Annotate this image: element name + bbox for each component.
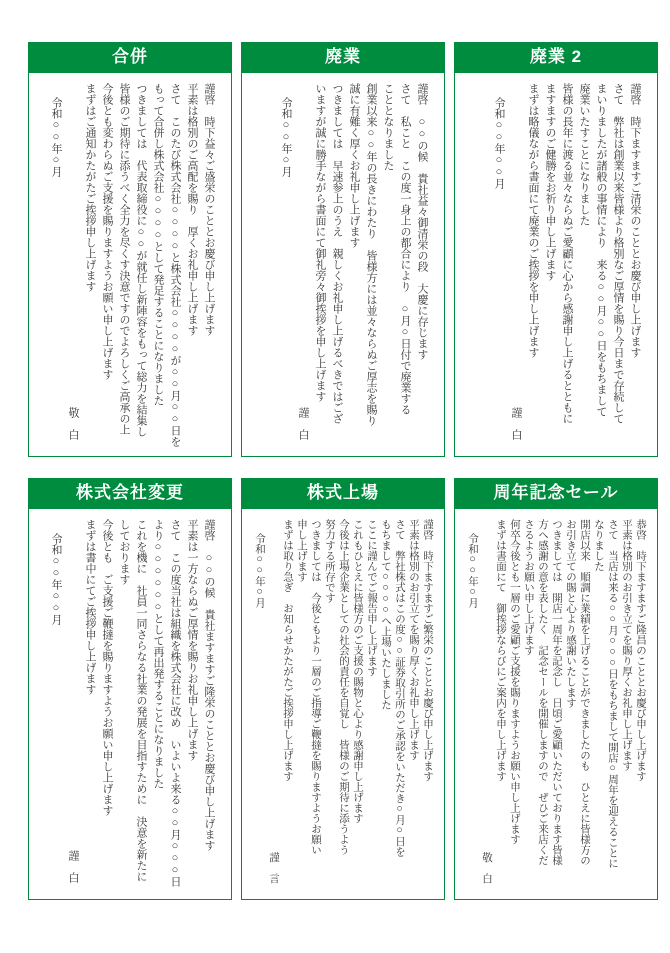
signature: 謹 白 [64,519,81,895]
date-line: 令和○○年○月 [47,83,64,452]
letter-body: 謹啓 時下ますますご繁栄のこととお慶び申し上げます平素は格別のお引立てを賜り厚く… [241,508,445,900]
letter-paragraph: ますますのご健勝をお祈り申し上げます [541,83,558,452]
letter-paragraph: もって合併し株式会社○○○○として発足することになりました [149,83,166,452]
card-title: 株式会社変更 [28,478,232,508]
letter-body: 恭啓 時下ますますご隆昌のこととお慶び申し上げます平素は格別のお引き立てを賜り厚… [454,508,658,900]
letter-paragraph: つきましては 早速参上のうえ 親しくお礼申し上げるべきではござ [328,83,345,452]
card-title: 廃業 [241,42,445,72]
card-title: 廃業 2 [454,42,658,72]
letter-paragraph: ここに謹んでご報告申し上げます [364,519,378,895]
letter-paragraph: いますが誠に勝手ながら書面にて御礼旁々御挨拶を申し上げます [311,83,328,452]
document-page: 合併 謹啓 時下益々ご盛栄のこととお慶び申し上げます平素は格別のご高配を賜り 厚… [0,0,670,953]
template-card-closure-2: 廃業 2 謹啓 時下ますますご清栄のこととお慶び申し上げますさて 弊社は創業以来… [454,42,658,457]
letter-paragraph: まずはご通知かたがたご挨拶申し上げます [81,83,98,452]
template-card-anniversary-sale: 周年記念セール 恭啓 時下ますますご隆昌のこととお慶び申し上げます平素は格別のお… [454,478,658,900]
letter-paragraph: 謹啓 ○○の候 貴社益々御清栄の段 大慶に存じます [413,83,430,452]
card-title: 合併 [28,42,232,72]
letter-paragraph: つきましては 開店一周年を記念し 日頃ご愛顧いただいております皆様 [549,519,563,895]
letter-paragraph: 皆様の長年に渡る並々ならぬご愛顧に心から感謝申し上げるとともに [558,83,575,452]
letter-paragraph: 今後は上場企業としての社会的責任を自覚し 皆様のご期待に添うよう [336,519,350,895]
letter-paragraph: 誠に有難く厚くお礼申し上げます [345,83,362,452]
letter-paragraph: さて このたび株式会社○○○○と株式会社○○○○が○○月○○日を [166,83,183,452]
letter-paragraph: 平素は格別のご高配を賜り 厚くお礼申し上げます [183,83,200,452]
letter-paragraph: 平素は格別のお引き立てを賜り厚くお礼申し上げます [619,519,633,895]
letter-paragraph: さて 弊社は創業以来皆様より格別なご厚情を賜り今日まで存続して [609,83,626,452]
letter-body: 謹啓 ○○の候 貴社益々御清栄の段 大慶に存じますさて 私こと この度一身上の都… [241,72,445,457]
signature: 敬 白 [64,83,81,452]
date-line: 令和○○年○月 [465,519,479,895]
letter-paragraph: つきましては 今後ともより一層のご指導ご鞭撻を賜りますようお願い [308,519,322,895]
letter-body: 謹啓 時下益々ご盛栄のこととお慶び申し上げます平素は格別のご高配を賜り 厚くお礼… [28,72,232,457]
letter-body: 謹啓 時下ますますご清栄のこととお慶び申し上げますさて 弊社は創業以来皆様より格… [454,72,658,457]
letter-paragraph: 開店以来 順調に業績を上げることができましたのも ひとえに皆様方の [577,519,591,895]
letter-paragraph: 皆様のご期待に添うべく全力を尽くす決意ですのでよろしくご高承の上 [115,83,132,452]
date-line: 令和○○年○月 [252,519,266,895]
letter-paragraph: さて この度当社は組織を株式会社に改め いよいよ来る○○月○○○日 [166,519,183,895]
letter-paragraph: まずは書面にて 御挨拶ならびにご案内を申し上げます [493,519,507,895]
letter-paragraph: 謹啓 時下益々ご盛栄のこととお慶び申し上げます [200,83,217,452]
letter-paragraph: 謹啓 時下ますますご繁栄のこととお慶び申し上げます [420,519,434,895]
letter-paragraph: まずは取り急ぎ お知らせかたがたご挨拶申し上げます [280,519,294,895]
letter-paragraph: 創業以来○○年の長きにわたり 皆様方には並々ならぬご厚志を賜り [362,83,379,452]
signature: 謹 白 [294,83,311,452]
letter-paragraph: 努力する所存です [322,519,336,895]
letter-paragraph: これを機に 社員一同さらなる社業の発展を目指すために 決意を新たに [132,519,149,895]
letter-body: 謹啓 ○○の候 貴社ますますご隆栄のこととお慶び申し上げます平素は一方ならぬご厚… [28,508,232,900]
letter-paragraph: お引き立ての賜と心より感謝いたします [563,519,577,895]
letter-paragraph: 謹啓 ○○の候 貴社ますますご隆栄のこととお慶び申し上げます [200,519,217,895]
letter-paragraph: さて 当店は来る○○月○○○日をもちまして開店○周年を迎えることに [605,519,619,895]
letter-paragraph: しております [115,519,132,895]
letter-paragraph: 平素は一方ならぬご厚情を賜りお礼申し上げます [183,519,200,895]
letter-paragraph: まいりましたが諸般の事情により 来る○○月○○日をもちまして [592,83,609,452]
card-title: 株式上場 [241,478,445,508]
date-line: 令和○○年○○月 [47,519,64,895]
template-card-merger: 合併 謹啓 時下益々ご盛栄のこととお慶び申し上げます平素は格別のご高配を賜り 厚… [28,42,232,457]
letter-paragraph: より○○○○○○として再出発することになりました [149,519,166,895]
letter-paragraph: こととなりました [379,83,396,452]
letter-paragraph: まずは略儀ながら書面にて廃業のご挨拶を申し上げます [524,83,541,452]
signature: 謹 白 [507,83,524,452]
template-card-closure: 廃業 謹啓 ○○の候 貴社益々御清栄の段 大慶に存じますさて 私こと この度一身… [241,42,445,457]
template-card-stock-listing: 株式上場 謹啓 時下ますますご繁栄のこととお慶び申し上げます平素は格別のお引立て… [241,478,445,900]
date-line: 令和○○年○○月 [490,83,507,452]
letter-paragraph: 今後とも変わらぬご支援を賜りますようお願い申し上げます [98,83,115,452]
letter-paragraph: つきましては 代表取締役に○○が就任し新陣容をもって総力を結集し [132,83,149,452]
letter-paragraph: 廃業いたすことになりました [575,83,592,452]
letter-paragraph: さて 私こと この度一身上の都合により ○月○日付で廃業する [396,83,413,452]
letter-paragraph: 平素は格別のお引立てを賜り厚くお礼申し上げます [406,519,420,895]
card-title: 周年記念セール [454,478,658,508]
letter-paragraph: なりました [591,519,605,895]
letter-paragraph: 今後とも ご支援ご鞭撻を賜りますようお願い申し上げます [98,519,115,895]
letter-paragraph: もちまして○○○○へ上場いたしました [378,519,392,895]
letter-paragraph: これもひとえに皆様方のご支援の賜物と心より感謝申し上げます [350,519,364,895]
letter-paragraph: さるようお願い申し上げます [521,519,535,895]
letter-paragraph: 方へ感謝の意を表したく 記念セールを開催しますので ぜひご来店くだ [535,519,549,895]
letter-paragraph: 恭啓 時下ますますご隆昌のこととお慶び申し上げます [633,519,647,895]
template-grid: 合併 謹啓 時下益々ご盛栄のこととお慶び申し上げます平素は格別のご高配を賜り 厚… [0,0,670,900]
letter-paragraph: 謹啓 時下ますますご清栄のこととお慶び申し上げます [626,83,643,452]
letter-paragraph: まずは書中にてご挨拶申し上げます [81,519,98,895]
signature: 敬 白 [479,519,493,895]
signature: 謹 言 [266,519,280,895]
letter-paragraph: さて 弊社株式はこの度○○証券取引所のご承認をいただき○月○日を [392,519,406,895]
letter-paragraph: 申し上げます [294,519,308,895]
letter-paragraph: 何卒今後とも一層のご愛顧ご支援を賜りますようお願い申し上げます [507,519,521,895]
template-card-incorporation-change: 株式会社変更 謹啓 ○○の候 貴社ますますご隆栄のこととお慶び申し上げます平素は… [28,478,232,900]
date-line: 令和○○年○月 [277,83,294,452]
